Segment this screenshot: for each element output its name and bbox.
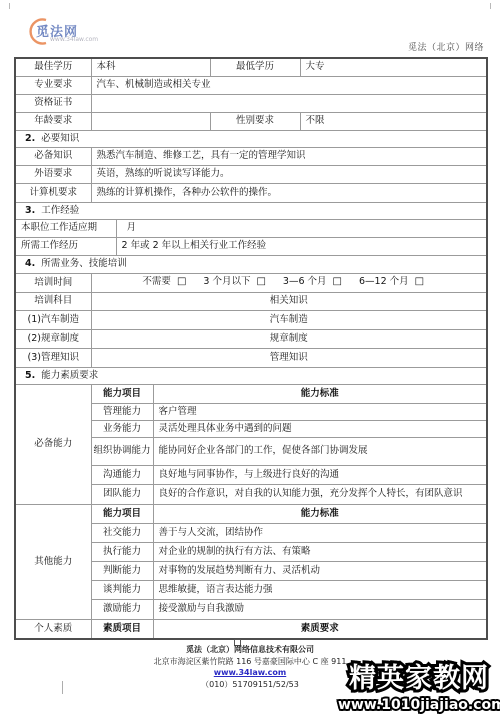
ability-item: 组织协调能力 <box>91 437 153 465</box>
milaw-logo: 觅法网 www.34law.com <box>28 17 138 47</box>
table-row: (1)汽车制造 汽车制造 <box>15 310 487 329</box>
ability-standard: 思维敏捷，语言表达能力强 <box>153 580 487 599</box>
computer-skill-label: 计算机要求 <box>15 183 91 202</box>
section-number: 5. <box>25 370 35 381</box>
ability-item-header: 能力项目 <box>91 384 153 403</box>
table-row: 个人素质 素质项目 素质要求 <box>15 619 487 639</box>
ability-item: 业务能力 <box>91 420 153 437</box>
foreign-language-label: 外语要求 <box>15 165 91 183</box>
footer-website-link[interactable]: www.34law.com <box>214 668 286 677</box>
logo-subtext: www.34law.com <box>50 36 98 43</box>
major-value: 汽车、机械制造或相关专业 <box>91 76 487 94</box>
page-crop-mark-right <box>490 3 491 9</box>
section-header-row: 3.工作经验 <box>15 202 487 219</box>
gender-value: 不限 <box>300 112 487 130</box>
computer-skill-value: 熟练的计算机操作，各种办公软件的操作。 <box>91 183 487 202</box>
ability-item: 谈判能力 <box>91 580 153 599</box>
ability-header-row: 其他能力 能力项目 能力标准 <box>15 504 487 523</box>
ability-standard: 对企业的规制的执行有方法、有策略 <box>153 542 487 561</box>
table-row: 培训科目 相关知识 <box>15 292 487 310</box>
page-crop-mark-left <box>9 3 10 9</box>
section-number: 2. <box>25 133 35 144</box>
personal-quality-group-label: 个人素质 <box>15 619 91 639</box>
ability-item: 社交能力 <box>91 523 153 542</box>
adaptation-period-value: 月 <box>116 219 487 237</box>
ability-standard: 善于与人交流，团结协作 <box>153 523 487 542</box>
ability-standard: 良好的合作意识，对自我的认知能力强，充分发挥个人特长，有团队意识 <box>153 484 487 504</box>
training-item-2-label: (2)规章制度 <box>15 329 91 348</box>
other-ability-group-label: 其他能力 <box>15 504 91 619</box>
min-degree-value: 大专 <box>300 58 487 76</box>
section-ability-title: 5.能力素质要求 <box>15 367 487 384</box>
footer-company-name: 觅法（北京）网络信息技术有限公司 <box>0 644 500 656</box>
section-header-row: 4.所需业务、技能培训 <box>15 255 487 273</box>
ability-item-header: 能力项目 <box>91 504 153 523</box>
training-item-1-label: (1)汽车制造 <box>15 310 91 329</box>
section-title-text: 所需业务、技能培训 <box>41 258 127 269</box>
foreign-language-value: 英语，熟练的听说读写译能力。 <box>91 165 487 183</box>
required-ability-group-label: 必备能力 <box>15 384 91 504</box>
checkbox-icon[interactable]: □ <box>333 276 342 287</box>
checkbox-icon[interactable]: □ <box>415 276 424 287</box>
section-knowledge-title: 2.必要知识 <box>15 130 487 147</box>
best-degree-label: 最佳学历 <box>15 58 91 76</box>
option-3-6-months: 3—6 个月 <box>283 276 327 287</box>
table-row: 外语要求 英语，熟练的听说读写译能力。 <box>15 165 487 183</box>
ability-item: 激励能力 <box>91 599 153 619</box>
section-experience-title: 3.工作经验 <box>15 202 487 219</box>
ability-item: 沟通能力 <box>91 465 153 484</box>
ability-standard: 接受激励与自我激励 <box>153 599 487 619</box>
section-training-title: 4.所需业务、技能培训 <box>15 255 487 273</box>
ability-standard: 客户管理 <box>153 403 487 420</box>
quality-item-header: 素质项目 <box>91 619 153 639</box>
table-row: 必备知识 熟悉汽车制造、维修工艺，具有一定的管理学知识 <box>15 147 487 165</box>
checkbox-icon[interactable]: □ <box>256 276 265 287</box>
option-6-12-months: 6—12 个月 <box>359 276 409 287</box>
training-item-1-value: 汽车制造 <box>91 310 487 329</box>
section-title-text: 必要知识 <box>41 133 79 144</box>
table-row: 计算机要求 熟练的计算机操作，各种办公软件的操作。 <box>15 183 487 202</box>
work-history-value: 2 年或 2 年以上相关行业工作经验 <box>116 237 487 255</box>
ability-item: 判断能力 <box>91 561 153 580</box>
section-title-text: 能力素质要求 <box>41 370 98 381</box>
table-row: (2)规章制度 规章制度 <box>15 329 487 348</box>
training-time-options: 不需要□3 个月以下□3—6 个月□6—12 个月□ <box>91 273 487 292</box>
age-label: 年龄要求 <box>15 112 91 130</box>
quality-requirement-header: 素质要求 <box>153 619 487 639</box>
table-row: (3)管理知识 管理知识 <box>15 348 487 367</box>
section-header-row: 2.必要知识 <box>15 130 487 147</box>
table-row: 本职位工作适应期 月 <box>15 219 487 237</box>
section-number: 3. <box>25 205 35 216</box>
training-subject-value: 相关知识 <box>91 292 487 310</box>
watermark-site-url: www.1010jiajiao.com <box>338 697 500 713</box>
ability-standard: 灵活处理具体业务中遇到的问题 <box>153 420 487 437</box>
option-under-3-months: 3 个月以下 <box>203 276 250 287</box>
adaptation-period-label: 本职位工作适应期 <box>15 219 116 237</box>
table-row: 最佳学历 本科 最低学历 大专 <box>15 58 487 76</box>
work-history-label: 所需工作经历 <box>15 237 116 255</box>
training-item-2-value: 规章制度 <box>91 329 487 348</box>
job-requirements-table: 最佳学历 本科 最低学历 大专 专业要求 汽车、机械制造或相关专业 资格证书 年… <box>14 57 488 640</box>
training-time-label: 培训时间 <box>15 273 91 292</box>
certificate-label: 资格证书 <box>15 94 91 112</box>
table-row: 培训时间 不需要□3 个月以下□3—6 个月□6—12 个月□ <box>15 273 487 292</box>
ability-item: 管理能力 <box>91 403 153 420</box>
ability-standard: 良好地与同事协作，与上级进行良好的沟通 <box>153 465 487 484</box>
training-subject-label: 培训科目 <box>15 292 91 310</box>
section-header-row: 5.能力素质要求 <box>15 367 487 384</box>
section-number: 4. <box>25 258 35 269</box>
ability-item: 执行能力 <box>91 542 153 561</box>
major-label: 专业要求 <box>15 76 91 94</box>
ability-standard: 能协同好企业各部门的工作，促使各部门协调发展 <box>153 437 487 465</box>
ability-standard-header: 能力标准 <box>153 384 487 403</box>
best-degree-value: 本科 <box>91 58 210 76</box>
table-row: 年龄要求 性别要求 不限 <box>15 112 487 130</box>
age-value <box>91 112 210 130</box>
table-row: 专业要求 汽车、机械制造或相关专业 <box>15 76 487 94</box>
watermark-site-name: 精英家教网 <box>338 656 500 695</box>
min-degree-label: 最低学历 <box>210 58 300 76</box>
training-item-3-label: (3)管理知识 <box>15 348 91 367</box>
certificate-value <box>91 94 487 112</box>
required-knowledge-value: 熟悉汽车制造、维修工艺，具有一定的管理学知识 <box>91 147 487 165</box>
ability-header-row: 必备能力 能力项目 能力标准 <box>15 384 487 403</box>
header-company-name: 觅法（北京）网络 <box>408 40 484 53</box>
table-row: 资格证书 <box>15 94 487 112</box>
watermark: 精英家教网 www.1010jiajiao.com <box>338 656 500 713</box>
option-no-need: 不需要 <box>142 276 171 287</box>
ability-item: 团队能力 <box>91 484 153 504</box>
training-item-3-value: 管理知识 <box>91 348 487 367</box>
table-row: 所需工作经历 2 年或 2 年以上相关行业工作经验 <box>15 237 487 255</box>
gender-label: 性别要求 <box>210 112 300 130</box>
ability-standard: 对事物的发展趋势判断有力、灵活机动 <box>153 561 487 580</box>
ability-standard-header: 能力标准 <box>153 504 487 523</box>
section-title-text: 工作经验 <box>41 205 79 216</box>
required-knowledge-label: 必备知识 <box>15 147 91 165</box>
checkbox-icon[interactable]: □ <box>177 276 186 287</box>
